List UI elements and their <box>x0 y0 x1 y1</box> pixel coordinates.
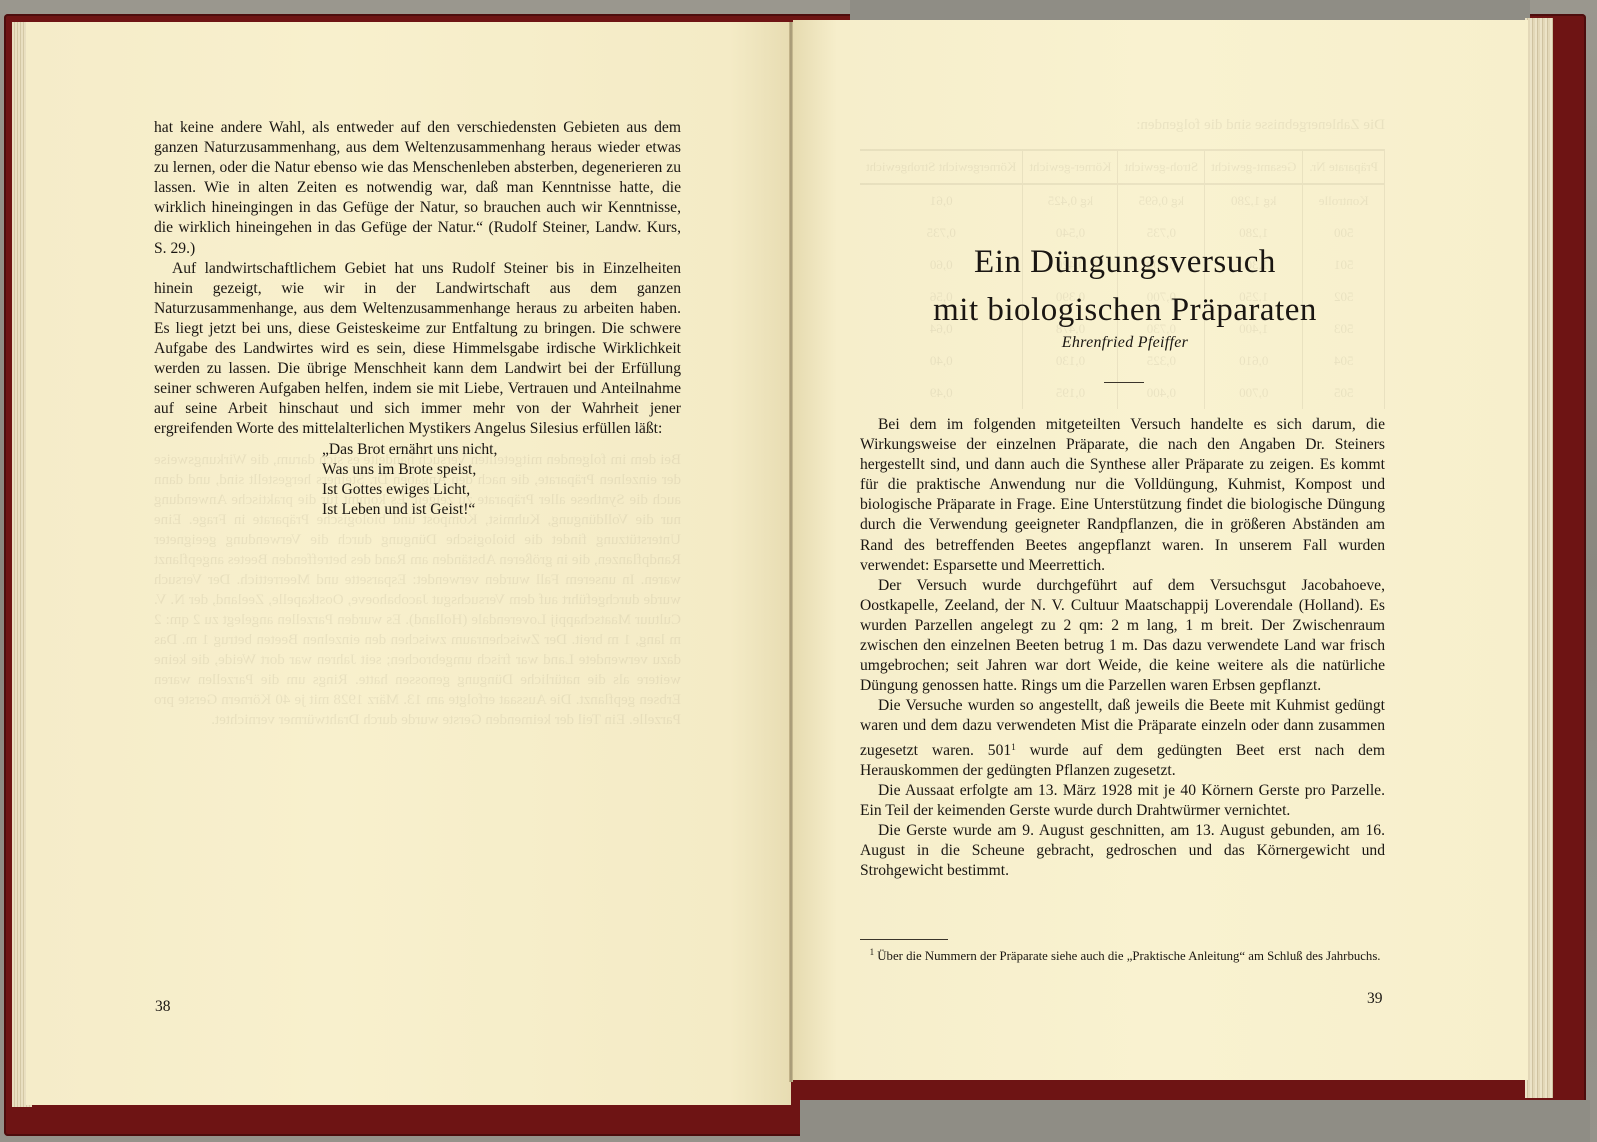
verse-line: Was uns im Brote speist, <box>322 460 681 480</box>
article-title: Ein Düngungsversuch mit biologischen Prä… <box>860 238 1390 334</box>
left-page-body: hat keine andere Wahl, als entweder auf … <box>154 118 681 520</box>
right-page-body: Bei dem im folgenden mitgeteilten Versuc… <box>860 415 1385 881</box>
paragraph: Auf landwirtschaftlichem Gebiet hat uns … <box>154 259 681 440</box>
article-author: Ehrenfried Pfeiffer <box>860 334 1390 352</box>
paragraph: Die Aussaat erfolgte am 13. März 1928 mi… <box>860 781 1385 821</box>
footnote-divider <box>860 939 948 940</box>
footnote-text: Über die Nummern der Präparate siehe auc… <box>874 949 1380 963</box>
verse-quote: „Das Brot ernährt uns nicht, Was uns im … <box>322 440 681 520</box>
verse-line: Ist Leben und ist Geist!“ <box>322 500 681 520</box>
paragraph: Bei dem im folgenden mitgeteilten Versuc… <box>860 415 1385 576</box>
background-surface-bottom <box>800 1100 1590 1142</box>
page-number-left: 38 <box>155 998 171 1016</box>
right-page-stack-edge <box>1525 18 1553 1098</box>
title-line-1: Ein Düngungsversuch <box>860 238 1390 286</box>
paragraph: Die Gerste wurde am 9. August geschnitte… <box>860 821 1385 881</box>
paragraph: Der Versuch wurde durchgeführt auf dem V… <box>860 576 1385 697</box>
title-line-2: mit biologischen Präparaten <box>860 286 1390 334</box>
title-divider <box>1104 382 1144 383</box>
background-surface-top <box>850 0 1530 22</box>
page-number-right: 39 <box>1367 990 1383 1008</box>
footnote: 1 Über die Nummern der Präparate siehe a… <box>860 944 1385 964</box>
paragraph: hat keine andere Wahl, als entweder auf … <box>154 118 681 259</box>
verse-line: „Das Brot ernährt uns nicht, <box>322 440 681 460</box>
paragraph: Die Versuche wurden so angestellt, daß j… <box>860 696 1385 780</box>
verse-line: Ist Gottes ewiges Licht, <box>322 480 681 500</box>
